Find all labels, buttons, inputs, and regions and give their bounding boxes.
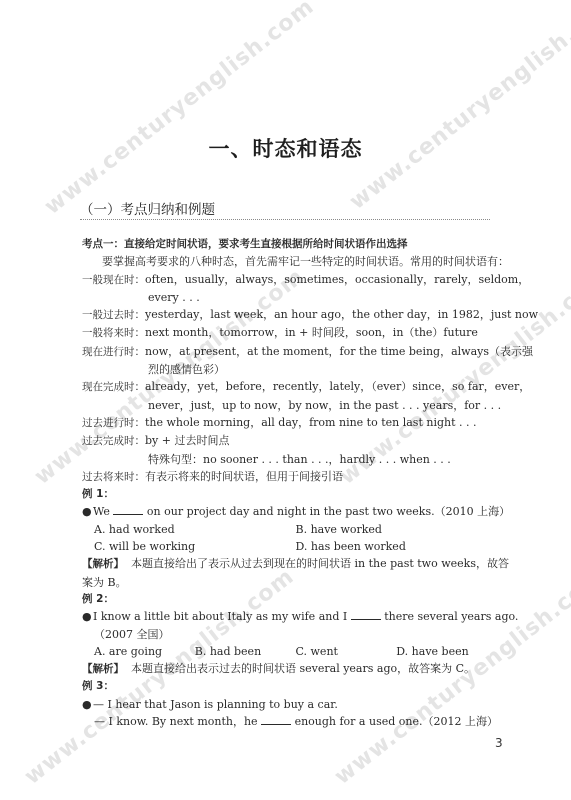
answer-blank <box>261 714 291 725</box>
options-row: A. are going B. had been C. went D. have… <box>82 643 497 660</box>
answer-blank <box>113 504 143 515</box>
document-page: 一、时态和语态 （一）考点归纳和例题 考点一：直接给定时间状语，要求考生直接根据… <box>0 0 571 800</box>
analysis: 【解析】 本题直接给出表示过去的时间状语 several years ago，故… <box>82 660 497 678</box>
dialogue-line: ●— I hear that Jason is planning to buy … <box>82 696 497 713</box>
tense-row-cont: never，just，up to now，by now，in the past … <box>82 397 497 414</box>
tense-row: 一般将来时：next month，tomorrow，in + 时间段，soon，… <box>82 324 497 342</box>
bullet-icon: ● <box>82 503 93 520</box>
example-label: 例 2： <box>82 591 497 608</box>
document-body: 考点一：直接给定时间状语，要求考生直接根据所给时间状语作出选择 要掌握高考要求的… <box>82 236 497 730</box>
tense-row-cont: 烈的感情色彩） <box>82 361 497 378</box>
tense-row: 过去将来时：有表示将来的时间状语，但用于间接引语 <box>82 468 497 486</box>
tense-examples: next month，tomorrow，in + 时间段，soon，in（the… <box>145 326 478 339</box>
tense-row: 过去完成时：by + 过去时间点 <box>82 432 497 450</box>
tense-row: 现在进行时：now，at present，at the moment，for t… <box>82 343 497 361</box>
tense-examples: often，usually，always，sometimes，occasiona… <box>145 273 529 286</box>
analysis-cont: 案为 B。 <box>82 574 497 591</box>
tense-row: 现在完成时：already，yet，before，recently，lately… <box>82 378 497 396</box>
tense-label: 现在进行时： <box>82 346 145 358</box>
dialogue-line: — I know. By next month，he enough for a … <box>82 713 497 730</box>
answer-blank <box>351 609 381 620</box>
tense-examples: by + 过去时间点 <box>145 434 229 447</box>
tense-row: 一般过去时：yesterday，last week，an hour ago，th… <box>82 306 497 324</box>
option-a: A. are going <box>94 643 195 660</box>
analysis: 【解析】 本题直接给出了表示从过去到现在的时间状语 in the past tw… <box>82 555 497 573</box>
bullet-icon: ● <box>82 608 93 625</box>
option-c: C. went <box>296 643 397 660</box>
tense-examples: 有表示将来的时间状语，但用于间接引语 <box>145 470 343 483</box>
option-d: D. has been worked <box>296 538 498 555</box>
section-title: （一）考点归纳和例题 <box>80 198 215 218</box>
option-a: A. had worked <box>94 521 296 538</box>
example-question: ●We on our project day and night in the … <box>82 503 497 520</box>
option-b: B. have worked <box>296 521 498 538</box>
option-c: C. will be working <box>94 538 296 555</box>
point-intro: 要掌握高考要求的八种时态，首先需牢记一些特定的时间状语。常用的时间状语有： <box>82 253 497 270</box>
tense-row: 一般现在时：often，usually，always，sometimes，occ… <box>82 271 497 289</box>
option-d: D. have been <box>396 643 497 660</box>
tense-label: 一般过去时： <box>82 309 145 321</box>
example-question: ●I know a little bit about Italy as my w… <box>82 608 497 625</box>
tense-row: 过去进行时：the whole morning，all day，from nin… <box>82 414 497 432</box>
tense-label: 过去完成时： <box>82 435 145 447</box>
tense-row-cont: 特殊句型：no sooner . . . than . . .，hardly .… <box>82 451 497 468</box>
tense-examples: the whole morning，all day，from nine to t… <box>145 416 477 429</box>
options-row: C. will be working D. has been worked <box>82 538 497 555</box>
options-row: A. had worked B. have worked <box>82 521 497 538</box>
tense-examples: yesterday，last week，an hour ago，the othe… <box>145 308 538 321</box>
tense-label: 现在完成时： <box>82 381 145 393</box>
chapter-title: 一、时态和语态 <box>0 133 571 163</box>
point-title: 考点一：直接给定时间状语，要求考生直接根据所给时间状语作出选择 <box>82 236 497 253</box>
section-divider <box>80 219 490 220</box>
example-label: 例 1： <box>82 486 497 503</box>
tense-label: 过去将来时： <box>82 471 145 483</box>
bullet-icon: ● <box>82 696 93 713</box>
question-source: （2007 全国） <box>82 626 497 643</box>
option-b: B. had been <box>195 643 296 660</box>
tense-examples: now，at present，at the moment，for the tim… <box>145 345 533 358</box>
tense-label: 一般将来时： <box>82 327 145 339</box>
tense-label: 一般现在时： <box>82 274 145 286</box>
tense-label: 过去进行时： <box>82 417 145 429</box>
tense-row-cont: every . . . <box>82 289 497 306</box>
example-label: 例 3： <box>82 678 497 695</box>
tense-examples: already，yet，before，recently，lately，（ever… <box>145 380 530 393</box>
page-number: 3 <box>495 736 503 750</box>
